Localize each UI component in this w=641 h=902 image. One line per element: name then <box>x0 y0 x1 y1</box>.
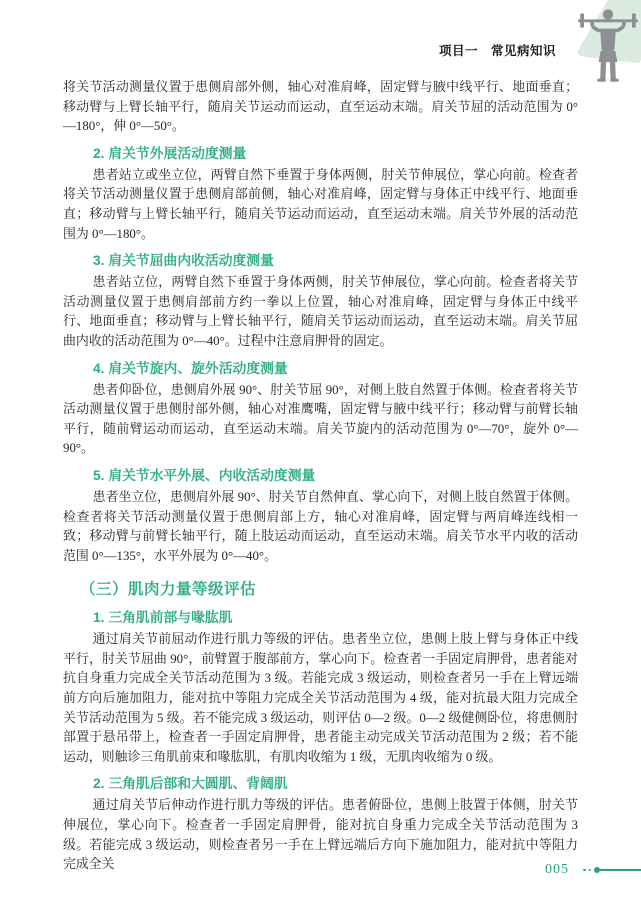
page-number: 005 <box>545 862 569 878</box>
section-heading-deltoid-posterior: 2. 三角肌后部和大圆肌、背阔肌 <box>63 774 578 793</box>
page-content: 将关节活动测量仪置于患侧肩部外侧，轴心对准肩峰，固定臂与腋中线平行、地面垂直；移… <box>63 78 578 875</box>
section-heading-flexion-adduction: 3. 肩关节屈曲内收活动度测量 <box>63 251 578 270</box>
section-heading-abduction: 2. 肩关节外展活动度测量 <box>63 144 578 163</box>
section-paragraph-deltoid-anterior: 通过肩关节前屈动作进行肌力等级的评估。患者坐立位，患侧上肢上臂与身体正中线平行，… <box>63 630 578 767</box>
section-heading-deltoid-anterior: 1. 三角肌前部与喙肱肌 <box>63 608 578 627</box>
section-paragraph-rotation: 患者仰卧位，患侧肩外展 90°、肘关节屈 90°，对侧上肢自然置于体侧。检查者将… <box>63 381 578 459</box>
dots-line-icon <box>583 867 600 873</box>
section-paragraph-flexion-adduction: 患者站立位，两臂自然下垂置于身体两侧，肘关节伸展位，掌心向前。检查者将关节活动测… <box>63 273 578 351</box>
section-heading-rotation: 4. 肩关节旋内、旋外活动度测量 <box>63 359 578 378</box>
page-footer: 005 <box>545 861 641 879</box>
section-paragraph-abduction: 患者站立或坐立位，两臂自然下垂置于身体两侧，肘关节伸展位，掌心向前。检查者将关节… <box>63 166 578 244</box>
paragraph-continued: 将关节活动测量仪置于患侧肩部外侧，轴心对准肩峰，固定臂与腋中线平行、地面垂直；移… <box>63 78 578 137</box>
chapter-title: 项目一 常见病知识 <box>439 41 556 59</box>
book-page: 项目一 常见病知识 将关节活动测量仪置于患侧肩部外侧，轴心对准肩峰，固定臂与腋中… <box>0 0 641 902</box>
group-heading-muscle-strength: （三）肌肉力量等级评估 <box>63 578 578 601</box>
section-heading-horizontal: 5. 肩关节水平外展、内收活动度测量 <box>63 466 578 485</box>
section-paragraph-deltoid-posterior: 通过肩关节后伸动作进行肌力等级的评估。患者俯卧位，患侧上肢置于体侧，肘关节伸展位… <box>63 796 578 874</box>
footer-rule-line <box>600 869 641 871</box>
section-paragraph-horizontal: 患者坐立位，患侧肩外展 90°、肘关节自然伸直、掌心向下，对侧上肢自然置于体侧。… <box>63 488 578 566</box>
